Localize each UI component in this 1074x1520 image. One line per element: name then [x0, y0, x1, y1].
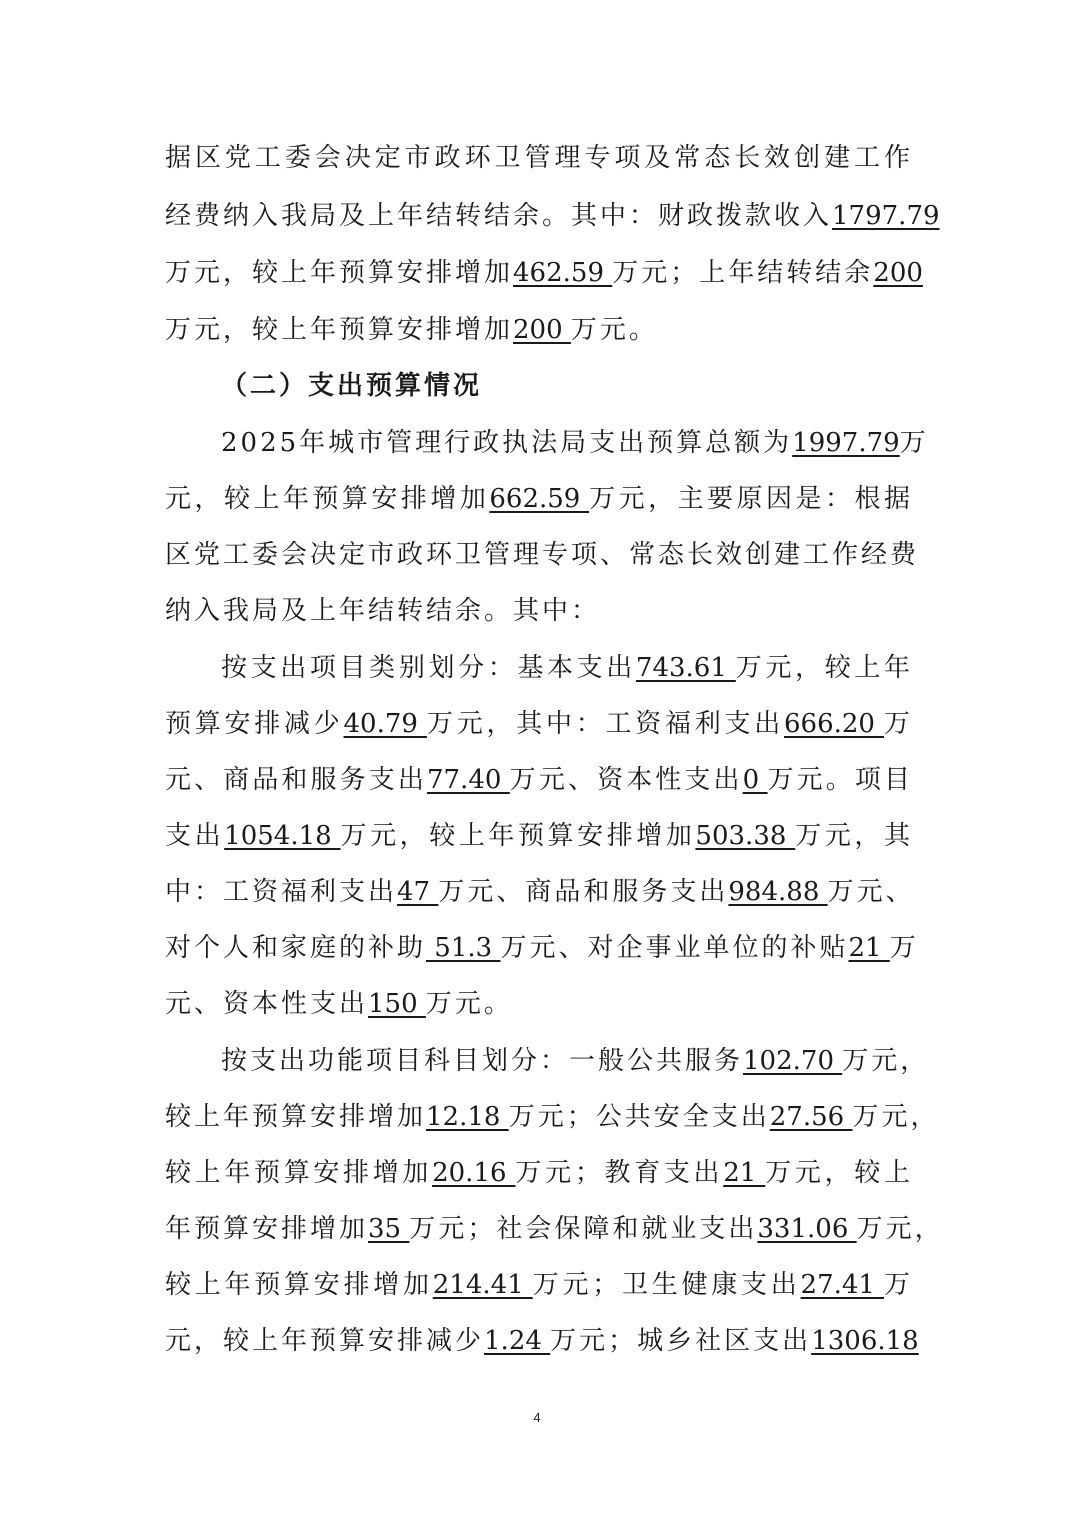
text: 支出	[165, 821, 224, 851]
text: 万元。	[571, 315, 658, 345]
text: 万	[884, 1270, 913, 1300]
paragraph-line: 元，较上年预算安排增加662.59 万元，主要原因是：根据	[165, 479, 913, 519]
text: 经费纳入我局及上年结转结余。其中：财政拨款收入	[165, 201, 832, 231]
amount-wages-project: 47	[397, 877, 438, 907]
page-number: 4	[527, 1410, 547, 1425]
amount-carryover-increase: 200	[513, 315, 571, 345]
amount-gps-increase: 12.18	[426, 1102, 509, 1132]
amount-education: 21	[723, 1158, 765, 1188]
text: 较上年预算安排增加	[165, 1158, 432, 1188]
text: 万元；公共安全支出	[509, 1102, 770, 1132]
paragraph-line: 元、商品和服务支出77.40 万元、资本性支出0 万元。项目	[165, 760, 913, 800]
paragraph-line: 对个人和家庭的补助 51.3 万元、对企事业单位的补贴21 万	[165, 928, 913, 968]
paragraph-line: 区党工委会决定市政环卫管理专项、常态长效创建工作经费	[165, 535, 913, 575]
text: 万元，	[842, 1046, 929, 1076]
text: 按支出项目类别划分：基本支出	[221, 653, 636, 683]
text: 万元，较上年预算安排增加	[165, 315, 513, 345]
amount-capital-basic: 0	[743, 765, 768, 795]
text: 万元，较上年预算安排增加	[165, 258, 513, 288]
text: 较上年预算安排增加	[165, 1270, 433, 1300]
text: 万元、	[828, 877, 915, 907]
amount-urban-rural-community: 1306.18	[811, 1326, 919, 1356]
text: 2025年城市管理行政执法局支出预算总额为	[221, 428, 792, 458]
amount-household-subsidy: 51.3	[426, 933, 500, 963]
text: 万元，较上	[765, 1158, 913, 1188]
text: 据区党工委会决定市政环卫管理专项及常态长效创建工作	[165, 143, 913, 173]
text: 元，较上年预算安排减少	[165, 1326, 484, 1356]
paragraph-line: 万元，较上年预算安排增加200 万元。	[165, 310, 913, 350]
text: 万元、资本性支出	[510, 765, 743, 795]
paragraph-line: 年预算安排增加35 万元；社会保障和就业支出331.06 万元，	[165, 1209, 913, 1249]
paragraph-line: 支出1054.18 万元，较上年预算安排增加503.38 万元，其	[165, 816, 913, 856]
text: 万元；社会保障和就业支出	[409, 1214, 757, 1244]
paragraph-line: 按支出项目类别划分：基本支出743.61 万元，较上年	[165, 648, 913, 688]
text: 万元，其	[795, 821, 913, 851]
text: 万元；卫生健康支出	[533, 1270, 801, 1300]
paragraph-line: 万元，较上年预算安排增加462.59 万元；上年结转结余200	[165, 253, 913, 293]
paragraph-line: 2025年城市管理行政执法局支出预算总额为1997.79万	[165, 423, 913, 463]
amount-wages-basic: 666.20	[784, 709, 884, 739]
paragraph-line: 经费纳入我局及上年结转结余。其中：财政拨款收入1797.79	[165, 196, 913, 236]
paragraph-line: 较上年预算安排增加12.18 万元；公共安全支出27.56 万元，	[165, 1097, 913, 1137]
text: 万	[900, 428, 929, 458]
paragraph-line: 较上年预算安排增加20.16 万元；教育支出21 万元，较上	[165, 1153, 913, 1193]
paragraph-line: 中：工资福利支出47 万元、商品和服务支出984.88 万元、	[165, 872, 913, 912]
text: 较上年预算安排增加	[165, 1102, 426, 1132]
amount-education-increase: 35	[368, 1214, 409, 1244]
paragraph-line: 元、资本性支出150 万元。	[165, 984, 913, 1024]
amount-general-public-services: 102.70	[743, 1046, 842, 1076]
text: 万元，较上年预算安排增加	[341, 821, 696, 851]
paragraph-line: 预算安排减少40.79 万元，其中：工资福利支出666.20 万	[165, 704, 913, 744]
text: 万	[890, 933, 919, 963]
paragraph-line: 元，较上年预算安排减少1.24 万元；城乡社区支出1306.18	[165, 1321, 913, 1361]
amount-goods-project: 984.88	[728, 877, 827, 907]
text: 万元、商品和服务支出	[438, 877, 728, 907]
text: 按支出功能项目科目划分：一般公共服务	[221, 1046, 743, 1076]
text: 预算安排减少	[165, 709, 344, 739]
amount-total-expenditure: 1997.79	[792, 428, 900, 458]
text: 万	[884, 709, 913, 739]
amount-social-security-increase: 214.41	[433, 1270, 533, 1300]
text: 万元，主要原因是：根据	[589, 484, 913, 514]
amount-goods-basic: 77.40	[427, 765, 510, 795]
text: 万元；教育支出	[515, 1158, 723, 1188]
amount-capital-project: 150	[368, 989, 426, 1019]
amount-safety-increase: 20.16	[432, 1158, 515, 1188]
text: 区党工委会决定市政环卫管理专项、常态长效创建工作经费	[165, 540, 919, 570]
paragraph-line: 纳入我局及上年结转结余。其中：	[165, 591, 913, 631]
text: 万元。项目	[768, 765, 913, 795]
amount-carryover: 200	[873, 258, 923, 288]
amount-health: 27.41	[801, 1270, 884, 1300]
heading-text: （二）支出预算情况	[221, 371, 482, 401]
section-heading: （二）支出预算情况	[165, 366, 913, 406]
amount-health-decrease: 1.24	[484, 1326, 550, 1356]
amount-social-security: 331.06	[757, 1214, 856, 1244]
text: 万元，其中：工资福利支出	[427, 709, 784, 739]
amount-basic-decrease: 40.79	[344, 709, 427, 739]
text: 万元，	[857, 1214, 944, 1244]
amount-project-expenditure: 1054.18	[224, 821, 340, 851]
amount-increase: 462.59	[513, 258, 612, 288]
text: 万元、对企事业单位的补贴	[500, 933, 848, 963]
document-page: 据区党工委会决定市政环卫管理专项及常态长效创建工作 经费纳入我局及上年结转结余。…	[0, 0, 1074, 1520]
amount-project-increase: 503.38	[695, 821, 795, 851]
text: 万元；上年结转结余	[612, 258, 873, 288]
text: 元、资本性支出	[165, 989, 368, 1019]
paragraph-line: 据区党工委会决定市政环卫管理专项及常态长效创建工作	[165, 138, 913, 178]
text: 年预算安排增加	[165, 1214, 368, 1244]
text: 万元；城乡社区支出	[550, 1326, 811, 1356]
text: 对个人和家庭的补助	[165, 933, 426, 963]
text: 万元。	[426, 989, 513, 1019]
paragraph-line: 按支出功能项目科目划分：一般公共服务102.70 万元，	[165, 1041, 913, 1081]
text: 元，较上年预算安排增加	[165, 484, 489, 514]
text: 万元，较上年	[736, 653, 913, 683]
amount-public-safety: 27.56	[770, 1102, 853, 1132]
amount-fiscal-appropriation: 1797.79	[832, 201, 940, 231]
amount-expenditure-increase: 662.59	[489, 484, 589, 514]
text: 万元，	[852, 1102, 939, 1132]
paragraph-line: 较上年预算安排增加214.41 万元；卫生健康支出27.41 万	[165, 1265, 913, 1305]
text: 中：工资福利支出	[165, 877, 397, 907]
text: 元、商品和服务支出	[165, 765, 427, 795]
text: 纳入我局及上年结转结余。其中：	[165, 596, 600, 626]
amount-enterprise-subsidy: 21	[848, 933, 889, 963]
amount-basic-expenditure: 743.61	[636, 653, 736, 683]
